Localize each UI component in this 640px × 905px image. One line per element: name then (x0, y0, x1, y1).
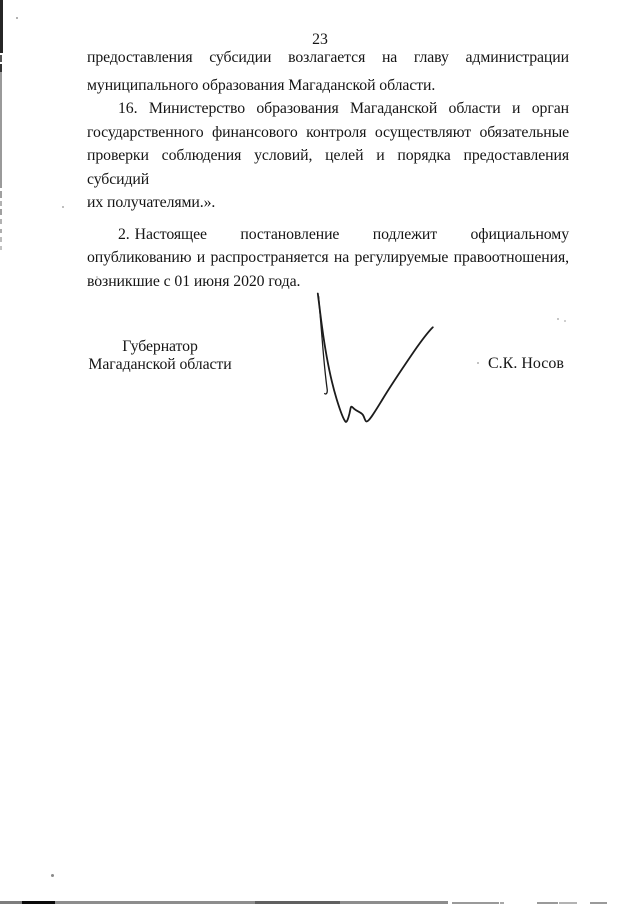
paragraph: 2.Настоящее постановление подлежит офици… (87, 223, 569, 294)
signatory-name: С.К. Носов (488, 355, 564, 373)
paragraph: предоставления субсидии возлагается на г… (87, 46, 569, 97)
paragraph: 16. Министерство образования Магаданской… (87, 97, 569, 215)
document-line: муниципального образования Магаданской о… (87, 74, 569, 98)
scan-speck (62, 206, 64, 208)
signatory-title-line: Губернатор (84, 338, 236, 356)
scan-edge-bottom (340, 901, 448, 904)
scan-edge-left-dash (0, 201, 2, 206)
document-line: государственного финансового контроля ос… (87, 121, 569, 145)
document-line: предоставления субсидии возлагается на г… (87, 46, 569, 70)
scan-edge-bottom (590, 902, 607, 904)
scan-edge-left-dark (0, 55, 2, 62)
scan-edge-bottom (500, 902, 504, 904)
scan-edge-left-dash (0, 191, 2, 198)
scan-edge-left-gray (0, 72, 2, 188)
scan-edge-bottom (452, 902, 499, 904)
scan-edge-left-dash (0, 219, 2, 224)
scan-edge-left-dash (0, 237, 2, 242)
signature-stroke (318, 294, 433, 422)
scan-edge-left-dark (0, 0, 3, 53)
scan-edge-left-dash (0, 229, 2, 233)
signature-stroke (319, 297, 328, 394)
signatory-title-line: Магаданской области (84, 356, 236, 374)
scan-edge-bottom (559, 902, 577, 904)
document-line: возникшие с 01 июня 2020 года. (87, 270, 569, 294)
scan-speck (557, 318, 559, 320)
document-line: опубликованию и распространяется на регу… (87, 246, 569, 270)
document-line: их получателями.». (87, 191, 569, 215)
document-line: 2.Настоящее постановление подлежит офици… (87, 223, 569, 247)
document-body: предоставления субсидии возлагается на г… (87, 46, 569, 293)
scan-edge-bottom (22, 901, 55, 905)
scan-speck (477, 362, 479, 364)
signatory-title: Губернатор Магаданской области (84, 338, 236, 374)
scan-speck (564, 320, 566, 322)
scan-edge-bottom (55, 901, 255, 904)
scan-speck (51, 874, 54, 877)
scan-edge-bottom (0, 901, 22, 904)
scan-edge-bottom (537, 902, 558, 904)
document-line: 16. Министерство образования Магаданской… (87, 97, 569, 121)
scan-edge-left-dark (0, 64, 2, 72)
scan-edge-left-dash (0, 246, 2, 250)
scan-edge-left-dash (0, 209, 2, 215)
scan-speck (16, 17, 18, 19)
document-page: 23 предоставления субсидии возлагается н… (0, 0, 640, 905)
scan-speck (96, 276, 98, 278)
document-line: проверки соблюдения условий, целей и пор… (87, 144, 569, 191)
scan-edge-bottom (255, 901, 340, 904)
